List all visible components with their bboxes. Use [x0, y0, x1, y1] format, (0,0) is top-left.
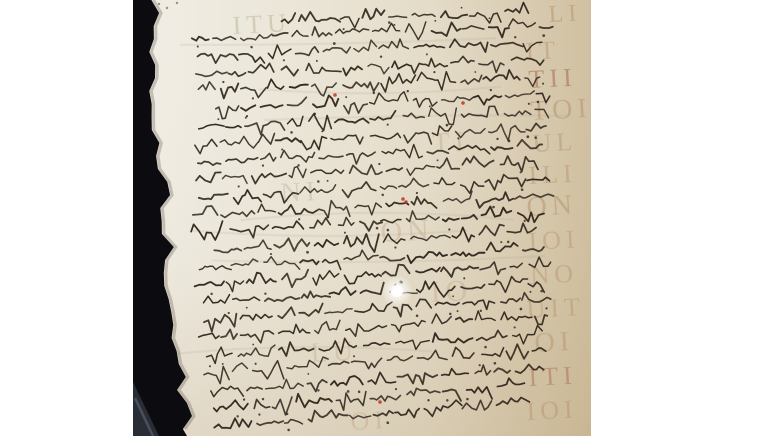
edge-speck [176, 2, 178, 4]
undertext-fragment: IOI [528, 224, 581, 256]
undertext-fragment: UL [532, 127, 578, 158]
undertext-fragment: LI [548, 0, 582, 28]
undertext-fragment: TI [432, 126, 470, 159]
red-ink-dot [401, 197, 405, 201]
glare-spot [381, 275, 413, 307]
page-background: ITULIITTIITOIULILIONIOINOUITOIITIIOIONIO… [0, 0, 760, 436]
undertext-fragment: ITU [232, 8, 292, 40]
edge-speck [166, 7, 168, 9]
undertext-fragment: OI [350, 405, 389, 436]
undertext-fragment: ITI [528, 361, 578, 392]
undertext-fragment: IOI [526, 394, 579, 426]
red-ink-dot [461, 101, 465, 105]
manuscript-photo: ITULIITTIITOIULILIONIOINOUITOIITIIOIONIO… [133, 0, 591, 436]
undertext-fragment: UIT [526, 292, 586, 324]
glare-core [391, 285, 403, 297]
red-ink-dot [378, 400, 382, 404]
undertext-fragment: OI [534, 326, 575, 359]
undertext-fragment: TII [528, 63, 578, 94]
edge-speck [158, 3, 160, 5]
red-ink-dot [333, 93, 337, 97]
manuscript-photo-canvas: ITULIITTIITOIULILIONIOINOUITOIITIIOIONIO… [133, 0, 591, 436]
red-ink-dot [404, 200, 408, 204]
